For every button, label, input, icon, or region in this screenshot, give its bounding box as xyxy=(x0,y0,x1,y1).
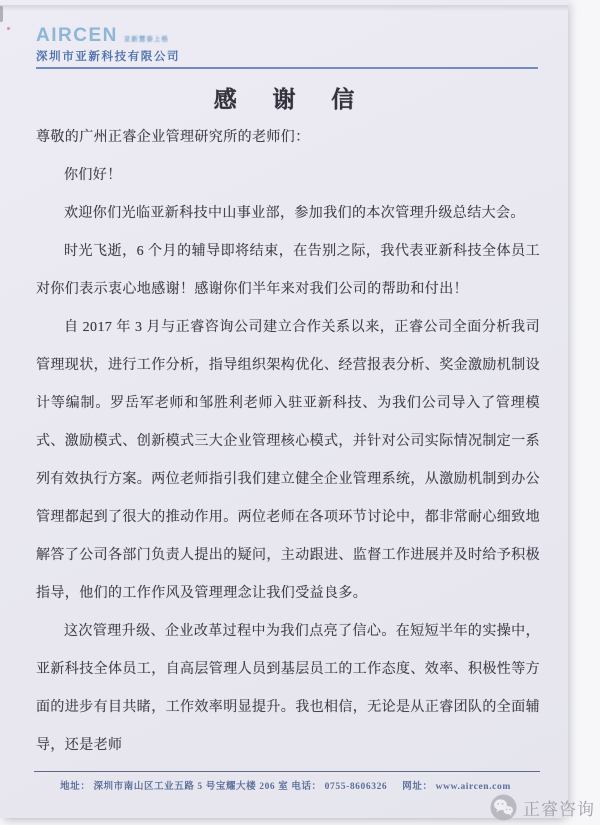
scan-speck-artifact xyxy=(7,27,10,30)
letter-paper: AIRCEN 亚新慧泰上格 深圳市亚新科技有限公司 感 谢 信 尊敬的广州正睿企… xyxy=(0,0,568,818)
logo-tagline-block: 亚新慧泰上格 xyxy=(124,27,169,46)
company-logo: AIRCEN 亚新慧泰上格 xyxy=(36,27,538,46)
logo-tagline: 亚新慧泰上格 xyxy=(124,36,169,43)
letter-title: 感 谢 信 xyxy=(0,81,568,114)
scan-edge-artifact xyxy=(0,6,3,22)
company-name: 深圳市亚新科技有限公司 xyxy=(36,48,538,64)
salutation: 尊敬的广州正睿企业管理研究所的老师们： xyxy=(36,119,540,157)
letter-body: 尊敬的广州正睿企业管理研究所的老师们： 你们好！ 欢迎你们光临亚新科技中山事业部… xyxy=(0,114,568,765)
website-value: www.aircen.com xyxy=(436,782,511,792)
letter-paragraph: 欢迎你们光临亚新科技中山事业部，参加我们的本次管理升级总结大会。 xyxy=(36,195,540,233)
scanned-letter-page: { "header": { "logo_text": "AIRCEN", "lo… xyxy=(0,0,600,825)
watermark-label: 正睿咨询 xyxy=(523,795,595,820)
letter-paragraph: 自 2017 年 3 月与正睿咨询公司建立合作关系以来，正睿公司全面分析我司管理… xyxy=(36,309,540,613)
letter-paragraph: 这次管理升级、企业改革过程中为我们点亮了信心。在短短半年的实操中，亚新科技全体员… xyxy=(36,613,540,765)
wechat-icon xyxy=(490,794,517,821)
address-label: 地址： xyxy=(60,782,90,792)
letter-footer: 地址：深圳市南山区工业五路 5 号宝耀大楼 206 室电话：0755-86063… xyxy=(34,771,540,792)
phone-value: 0755-8606326 xyxy=(325,782,388,792)
letter-paragraph: 你们好！ xyxy=(36,157,540,195)
footer-contact-line: 地址：深圳市南山区工业五路 5 号宝耀大楼 206 室电话：0755-86063… xyxy=(34,778,540,792)
letter-paragraph: 时光飞逝，6 个月的辅导即将结束，在告别之际，我代表亚新科技全体员工对你们表示衷… xyxy=(36,233,540,309)
phone-label: 电话： xyxy=(291,782,321,792)
letterhead: AIRCEN 亚新慧泰上格 深圳市亚新科技有限公司 xyxy=(0,0,568,69)
website-label: 网址： xyxy=(402,782,432,792)
aircen-logo-text: AIRCEN xyxy=(36,27,118,44)
footer-rule xyxy=(34,771,540,772)
letterhead-rule xyxy=(36,67,538,69)
wechat-watermark: 正睿咨询 xyxy=(490,794,595,821)
address-value: 深圳市南山区工业五路 5 号宝耀大楼 206 室 xyxy=(93,782,288,792)
